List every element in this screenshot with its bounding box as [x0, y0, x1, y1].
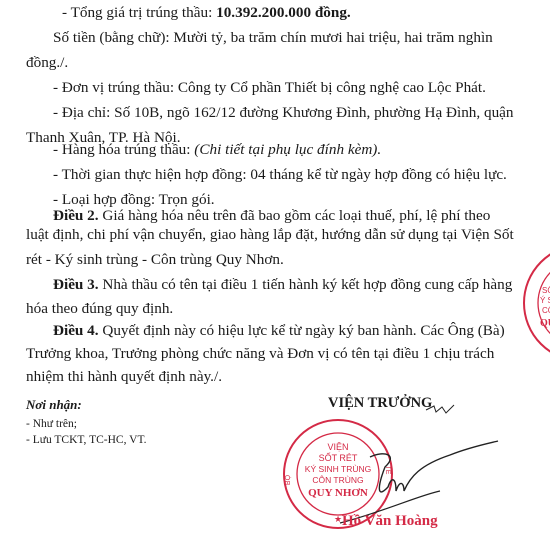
amount-words-line2: đồng./.: [26, 54, 68, 72]
signer-name: Hồ Văn Hoàng: [342, 512, 438, 530]
recipients-title: Nơi nhận:: [26, 396, 82, 414]
article2-line1: Điều 2. Giá hàng hóa nêu trên đã bao gồm…: [53, 207, 490, 225]
article3-label: Điều 3.: [53, 276, 99, 293]
address-line1: - Địa chỉ: Số 10B, ngõ 162/12 đường Khươ…: [53, 104, 514, 122]
total-value-line: - Tổng giá trị trúng thầu: 10.392.200.00…: [62, 4, 351, 22]
article2-label: Điều 2.: [53, 207, 99, 224]
article2-line2: luật định, chi phí vận chuyển, giao hàng…: [26, 226, 514, 244]
svg-text:SỐ: SỐ: [542, 285, 550, 295]
winner-line: - Đơn vị trúng thầu: Công ty Cổ phần Thi…: [53, 79, 486, 97]
article4-line2: Trưởng khoa, Trưởng phòng chức năng và Đ…: [26, 345, 494, 363]
amount-words-line1: Số tiền (bằng chữ): Mười tỷ, ba trăm chí…: [53, 29, 493, 47]
recipient-item: - Lưu TCKT, TC-HC, VT.: [26, 431, 147, 449]
article4-label: Điều 4.: [53, 322, 99, 339]
article2-line3: rét - Ký sinh trùng - Côn trùng Quy Nhơn…: [26, 251, 284, 269]
article4-line1: Điều 4. Quyết định này có hiệu lực kể từ…: [53, 322, 505, 340]
article2-text: Giá hàng hóa nêu trên đã bao gồm các loạ…: [99, 207, 491, 224]
total-value-label: - Tổng giá trị trúng thầu:: [62, 4, 216, 21]
svg-text:Ý SI: Ý SI: [540, 296, 550, 305]
article4-line3: nhiệm thi hành quyết định này./.: [26, 368, 222, 386]
goods-line: - Hàng hóa trúng thầu: (Chi tiết tại phụ…: [53, 141, 381, 159]
goods-label: - Hàng hóa trúng thầu:: [53, 141, 194, 158]
svg-text:QU: QU: [540, 318, 550, 329]
goods-value: (Chi tiết tại phụ lục đính kèm).: [194, 141, 381, 158]
article3-line2: hóa theo đúng quy định.: [26, 300, 173, 318]
article3-line1: Điều 3. Nhà thầu có tên tại điều 1 tiến …: [53, 276, 512, 294]
article3-text: Nhà thầu có tên tại điều 1 tiến hành ký …: [99, 276, 513, 293]
duration-line: - Thời gian thực hiện hợp đồng: 04 tháng…: [53, 166, 507, 184]
total-value: 10.392.200.000 đồng.: [216, 4, 351, 21]
stamp-side-left: BỘ: [283, 474, 292, 485]
article4-text: Quyết định này có hiệu lực kể từ ngày ký…: [99, 322, 505, 339]
svg-text:CÔ: CÔ: [542, 306, 550, 315]
page-seal-partial: SỐ Ý SI CÔ QU: [520, 238, 550, 368]
